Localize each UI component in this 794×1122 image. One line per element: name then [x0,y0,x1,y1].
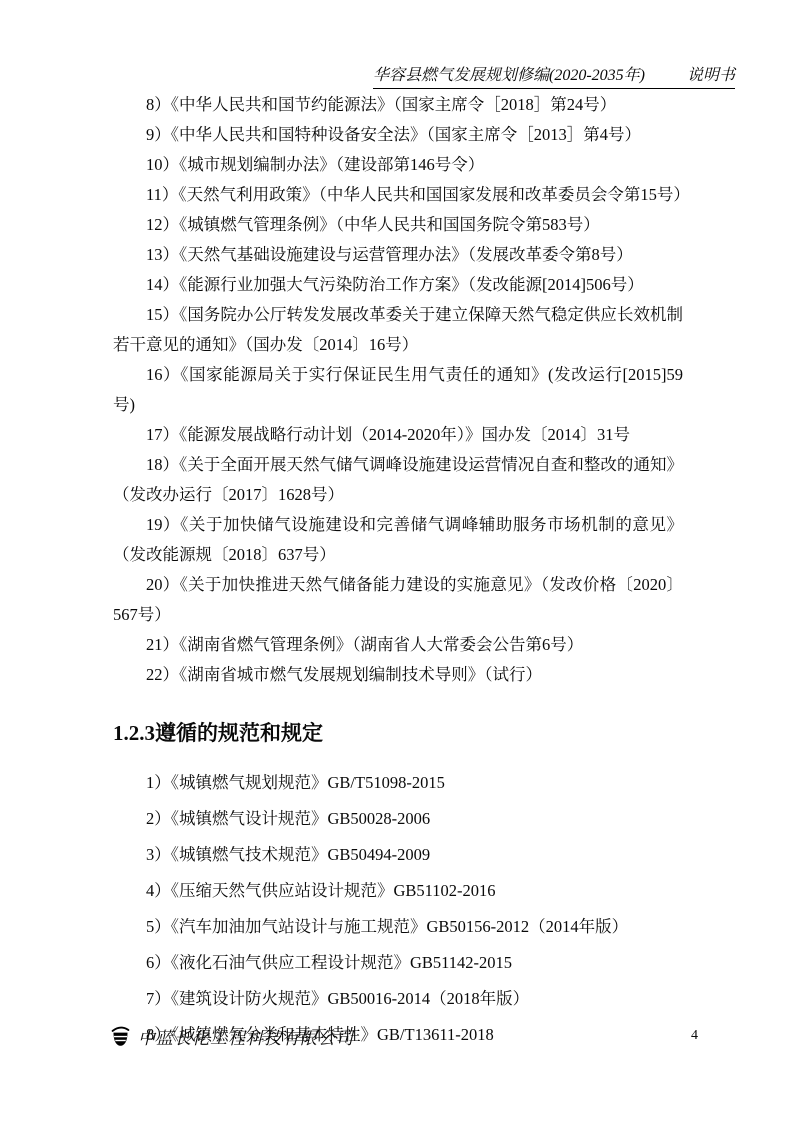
list-item: 16）《国家能源局关于实行保证民生用气责任的通知》(发改运行[2015]59号) [113,360,683,420]
header-doc-type: 说明书 [687,62,735,85]
standards-list: 1）《城镇燃气规划规范》GB/T51098-20152）《城镇燃气设计规范》GB… [113,765,683,1053]
list-item: 2）《城镇燃气设计规范》GB50028-2006 [113,801,683,837]
header-rule: 华容县燃气发展规划修编(2020-2035年) 说明书 [373,62,735,89]
list-item: 22）《湖南省城市燃气发展规划编制技术导则》（试行） [113,660,683,690]
list-item: 17）《能源发展战略行动计划（2014-2020年）》国办发〔2014〕31号 [113,420,683,450]
list-item: 3）《城镇燃气技术规范》GB50494-2009 [113,837,683,873]
company-logo-icon [110,1025,131,1049]
list-item: 13）《天然气基础设施建设与运营管理办法》（发展改革委令第8号） [113,240,683,270]
list-item: 15）《国务院办公厅转发发展改革委关于建立保障天然气稳定供应长效机制若干意见的通… [113,300,683,360]
header-title: 华容县燃气发展规划修编(2020-2035年) [373,62,645,85]
list-item: 20）《关于加快推进天然气储备能力建设的实施意见》（发改价格〔2020〕567号… [113,570,683,630]
list-item: 19）《关于加快储气设施建设和完善储气调峰辅助服务市场机制的意见》（发改能源规〔… [113,510,683,570]
list-item: 9）《中华人民共和国特种设备安全法》（国家主席令［2013］第4号） [113,120,683,150]
list-item: 6）《液化石油气供应工程设计规范》GB51142-2015 [113,945,683,981]
document-body: 8）《中华人民共和国节约能源法》（国家主席令［2018］第24号）9）《中华人民… [113,90,683,1053]
list-item: 21）《湖南省燃气管理条例》（湖南省人大常委会公告第6号） [113,630,683,660]
section-heading: 1.2.3遵循的规范和规定 [113,718,683,749]
page-footer: 中蓝长化工程科技有限公司 4 [110,1024,698,1056]
page-header: 华容县燃气发展规划修编(2020-2035年) 说明书 [373,62,735,89]
section-number: 1.2.3 [113,721,155,745]
list-item: 7）《建筑设计防火规范》GB50016-2014（2018年版） [113,981,683,1017]
list-item: 12）《城镇燃气管理条例》（中华人民共和国国务院令第583号） [113,210,683,240]
section-title: 遵循的规范和规定 [155,722,323,745]
list-item: 11）《天然气利用政策》（中华人民共和国国家发展和改革委员会令第15号） [113,180,683,210]
list-item: 1）《城镇燃气规划规范》GB/T51098-2015 [113,765,683,801]
footer-company-name: 中蓝长化工程科技有限公司 [138,1024,354,1049]
list-item: 8）《中华人民共和国节约能源法》（国家主席令［2018］第24号） [113,90,683,120]
document-page: 华容县燃气发展规划修编(2020-2035年) 说明书 8）《中华人民共和国节约… [0,0,794,1122]
list-item: 4）《压缩天然气供应站设计规范》GB51102-2016 [113,873,683,909]
list-item: 10）《城市规划编制办法》（建设部第146号令） [113,150,683,180]
list-item: 18）《关于全面开展天然气储气调峰设施建设运营情况自查和整改的通知》（发改办运行… [113,450,683,510]
footer-company: 中蓝长化工程科技有限公司 [110,1024,354,1049]
list-item: 14）《能源行业加强大气污染防治工作方案》（发改能源[2014]506号） [113,270,683,300]
regulation-list: 8）《中华人民共和国节约能源法》（国家主席令［2018］第24号）9）《中华人民… [113,90,683,690]
list-item: 5）《汽车加油加气站设计与施工规范》GB50156-2012（2014年版） [113,909,683,945]
page-number: 4 [691,1028,698,1044]
